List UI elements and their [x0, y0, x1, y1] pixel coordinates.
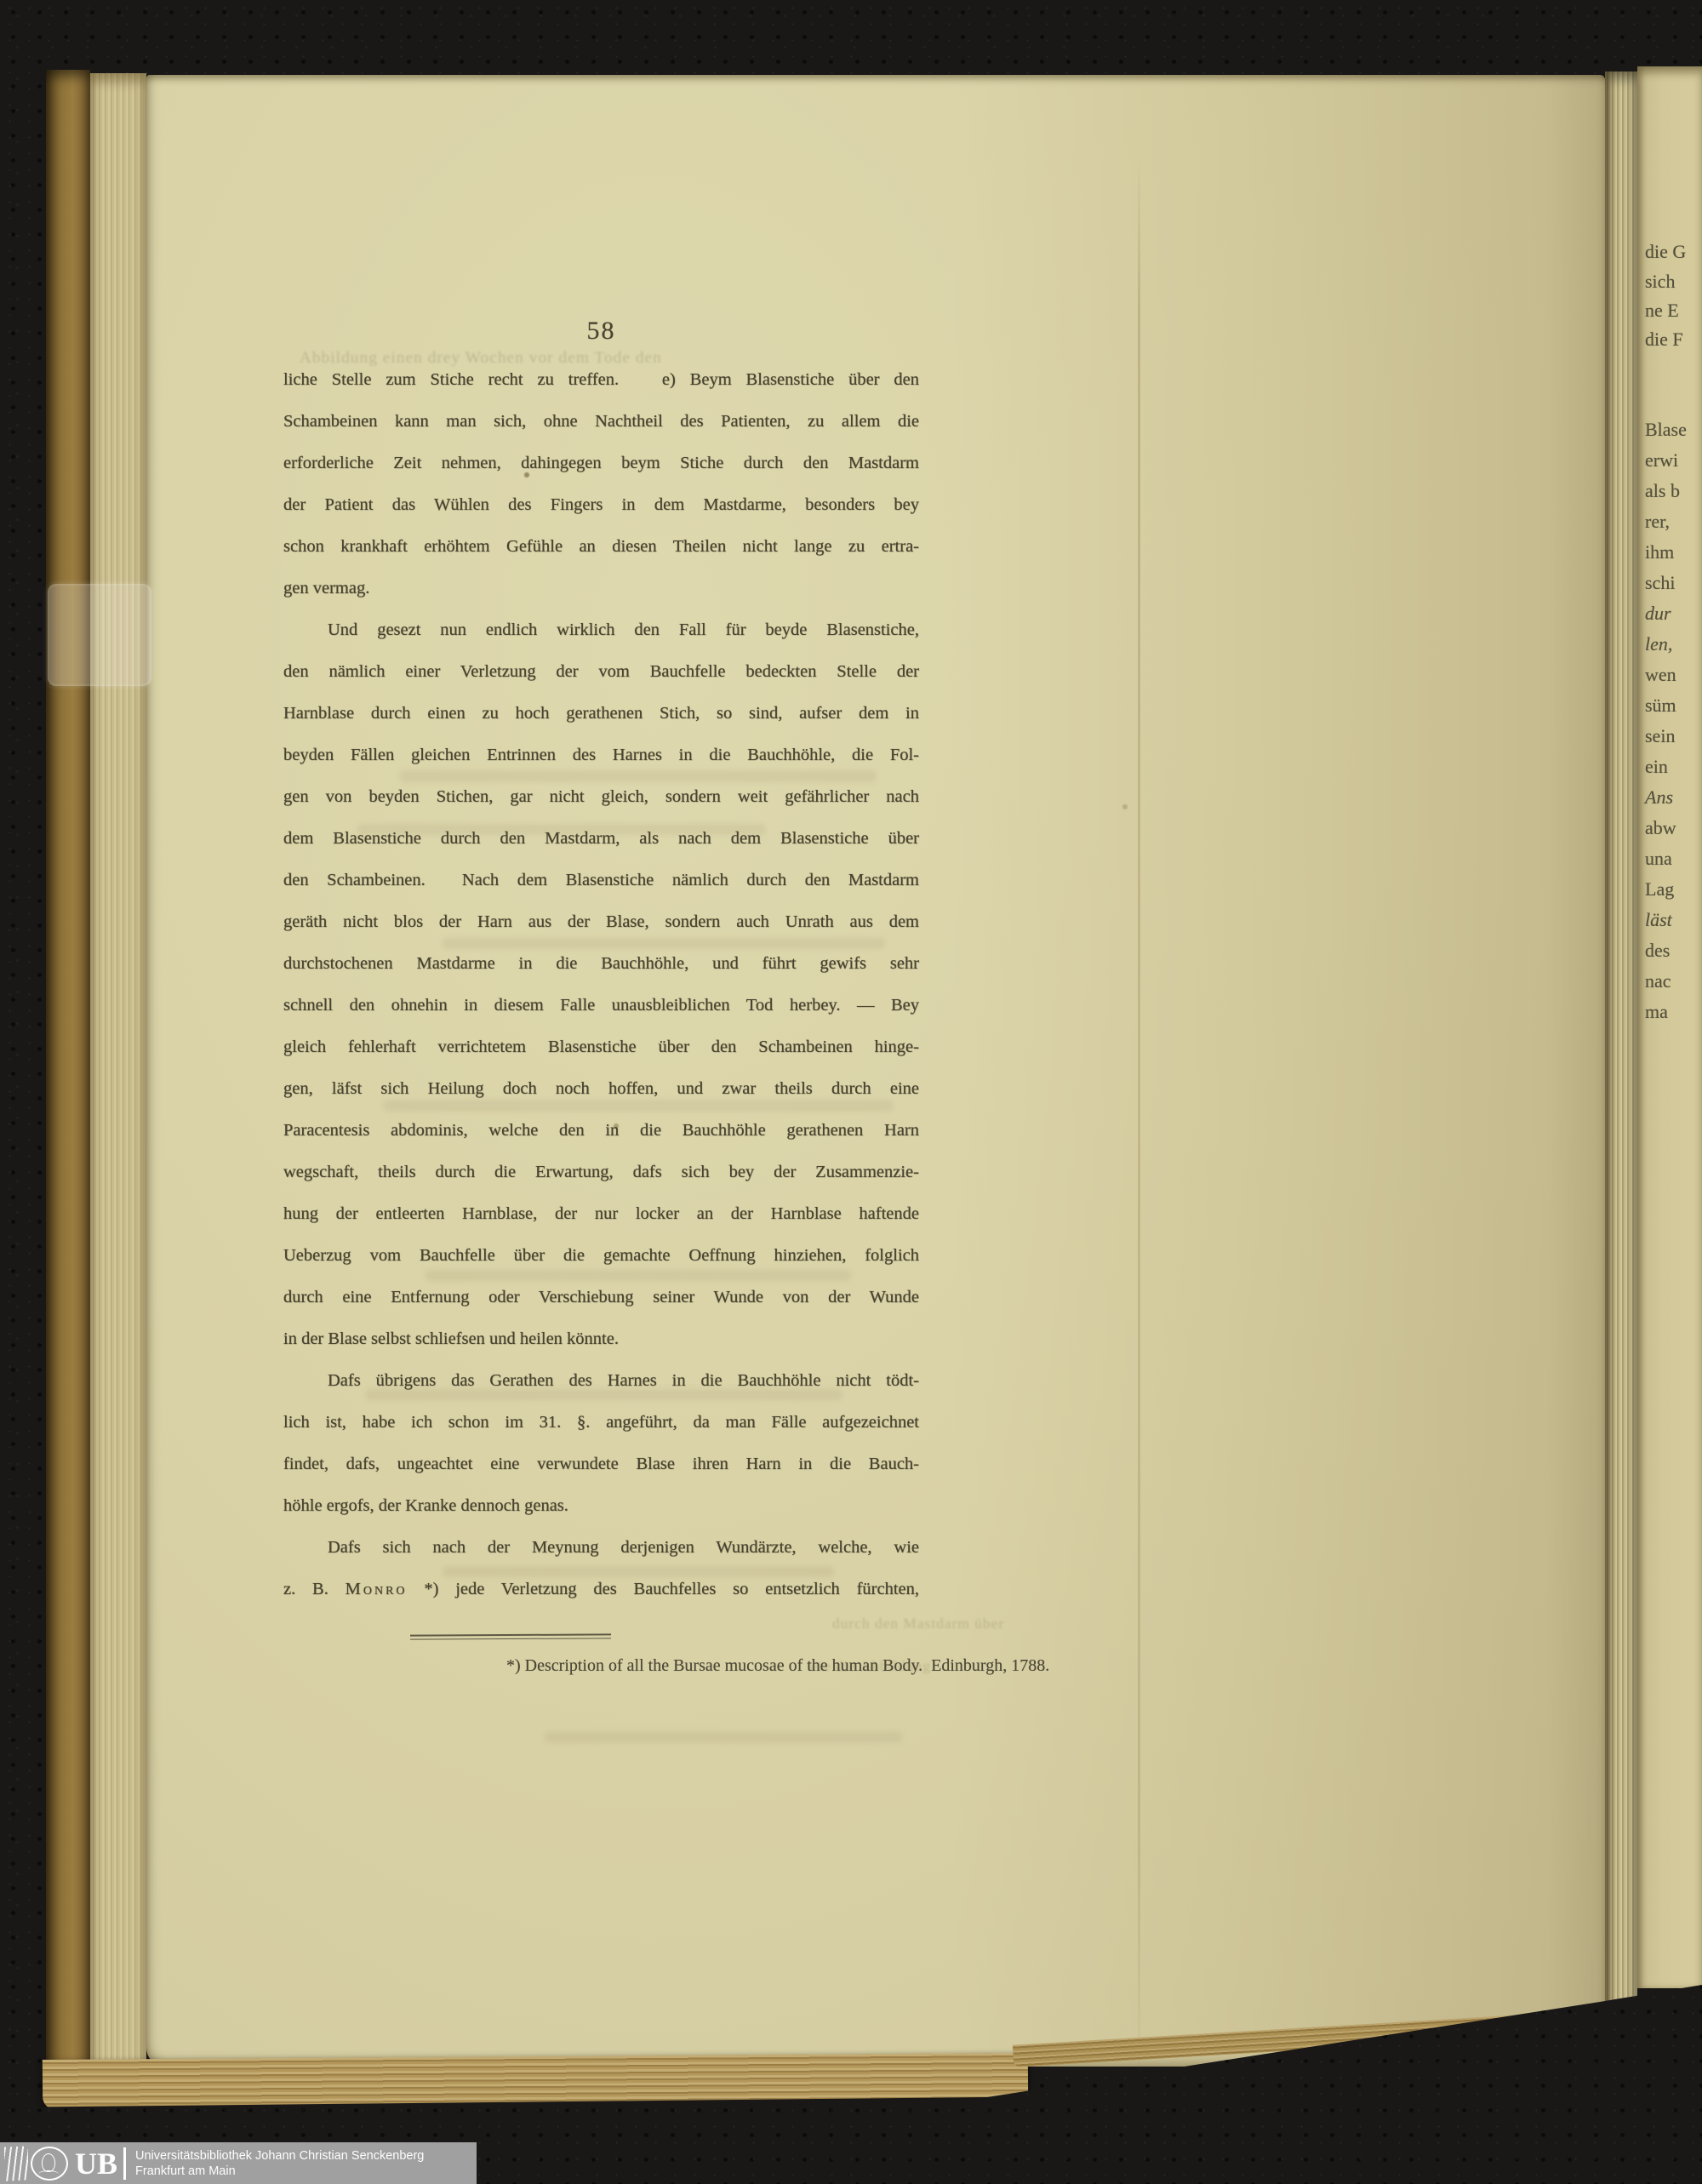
text-line: dem Blasenstiche durch den Mastdarm, als… [283, 818, 919, 860]
library-watermark-bar: UB Universitätsbibliothek Johann Christi… [0, 2142, 477, 2184]
text-line: schnell den ohnehin in diesem Falle unau… [283, 985, 919, 1026]
text-line: Dafs sich nach der Meynung derjenigen Wu… [283, 1527, 919, 1569]
text-line: wegschaft, theils durch die Erwartung, d… [283, 1152, 919, 1193]
sliver-text: ihm [1645, 541, 1702, 567]
text-line: schon krankhaft erhöhtem Gefühle an dies… [283, 526, 919, 568]
text-line: erforderliche Zeit nehmen, dahingegen be… [283, 443, 919, 484]
sliver-text: nac [1645, 970, 1702, 996]
text-line: Und gesezt nun endlich wirklich den Fall… [283, 609, 919, 651]
sliver-text: len, [1645, 633, 1702, 659]
sliver-text: Blase [1645, 419, 1702, 444]
text-line: findet, dafs, ungeachtet eine verwundete… [283, 1444, 919, 1485]
sliver-text: erwi [1645, 449, 1702, 475]
sliver-text: ein [1645, 756, 1702, 781]
tape-strip [48, 584, 151, 686]
text-line: den nämlich einer Verletzung der vom Bau… [283, 651, 919, 693]
text-line: geräth nicht blos der Harn aus der Blase… [283, 901, 919, 943]
footnote-text: Description of all the Bursae mucosae of… [521, 1656, 1050, 1675]
text-line: Harnblase durch einen zu hoch gerathenen… [283, 693, 919, 735]
sliver-text: Lag [1645, 878, 1702, 904]
book-gutter [1605, 71, 1637, 2021]
sliver-text: des [1645, 940, 1702, 965]
sliver-text: rer, [1645, 511, 1702, 536]
sliver-text: süm [1645, 695, 1702, 720]
text-line: lich ist, habe ich schon im 31. §. angef… [283, 1402, 919, 1444]
ub-logo: UB [75, 2146, 117, 2181]
book-left-edge-cover [46, 70, 90, 2113]
text-line: durch eine Entfernung oder Verschiebung … [283, 1277, 919, 1318]
text-line: höhle ergofs, der Kranke dennoch genas. [283, 1485, 919, 1527]
footnote: *) Description of all the Bursae mucosae… [506, 1656, 1340, 1676]
page-crease [1138, 156, 1140, 2113]
sliver-text: läst [1645, 909, 1702, 935]
text-line: Schambeinen kann man sich, ohne Nachthei… [283, 401, 919, 443]
library-name: Universitätsbibliothek Johann Christian … [135, 2148, 424, 2179]
sliver-text: sich [1645, 271, 1702, 296]
sliver-text: die G [1645, 241, 1702, 266]
text-segment: z. B. [283, 1580, 346, 1598]
page-number: 58 [283, 317, 919, 346]
book-scan-viewport: Abbildung einen drey Wochen vor dem Tode… [0, 0, 1702, 2184]
sliver-text: dur [1645, 603, 1702, 628]
sliver-text: die F [1645, 329, 1702, 354]
sliver-text: wen [1645, 664, 1702, 689]
goethe-portrait-icon [31, 2147, 68, 2181]
text-line: gen von beyden Stichen, gar nicht gleich… [283, 776, 919, 818]
text-line: gen, läfst sich Heilung doch noch hoffen… [283, 1068, 919, 1110]
text-line: durchstochenen Mastdarme in die Bauchhöh… [283, 943, 919, 985]
text-line: in der Blase selbst schliefsen und heile… [283, 1318, 919, 1360]
bleedthrough-smudge [545, 1732, 902, 1742]
sliver-text: una [1645, 848, 1702, 873]
text-line: beyden Fällen gleichen Entrinnen des Har… [283, 735, 919, 776]
text-segment: *) jede Verletzung des Bauchfelles so en… [408, 1580, 919, 1598]
text-line-monro: z. B. Monro *) jede Verletzung des Bauch… [283, 1569, 919, 1610]
text-line: hung der entleerten Harnblase, der nur l… [283, 1193, 919, 1235]
logo-divider [123, 2147, 126, 2180]
book-left-page-edges [90, 73, 146, 2109]
footnote-marker: *) [506, 1656, 521, 1675]
text-line: Dafs übrigens das Gerathen des Harnes in… [283, 1360, 919, 1402]
sliver-text: schi [1645, 572, 1702, 597]
sliver-text: Ans [1645, 786, 1702, 812]
library-name-line2: Frankfurt am Main [135, 2164, 424, 2179]
bleedthrough-text: durch den Mastdarm über [832, 1615, 1004, 1632]
text-line: der Patient das Wühlen des Fingers in de… [283, 484, 919, 526]
book-pages-icon [4, 2146, 28, 2181]
sliver-text: sein [1645, 725, 1702, 751]
body-text: liche Stelle zum Stiche recht zu treffen… [283, 359, 919, 1610]
author-name-monro: Monro [346, 1580, 408, 1598]
footnote-rule [410, 1633, 611, 1639]
text-line: Paracentesis abdominis, welche den in di… [283, 1110, 919, 1152]
sliver-text: ne E [1645, 300, 1702, 325]
facing-page-sliver: die G sich ne E die F Blase erwi als b r… [1637, 66, 1702, 1988]
sliver-text: abw [1645, 817, 1702, 843]
sliver-text: als b [1645, 480, 1702, 506]
sliver-text: ma [1645, 1001, 1702, 1026]
text-line: liche Stelle zum Stiche recht zu treffen… [283, 359, 919, 401]
text-line: Ueberzug vom Bauchfelle über die gemacht… [283, 1235, 919, 1277]
library-name-line1: Universitätsbibliothek Johann Christian … [135, 2148, 424, 2164]
text-line: den Schambeinen. Nach dem Blasenstiche n… [283, 860, 919, 901]
text-line: gen vermag. [283, 568, 919, 609]
text-line: gleich fehlerhaft verrichtetem Blasensti… [283, 1026, 919, 1068]
